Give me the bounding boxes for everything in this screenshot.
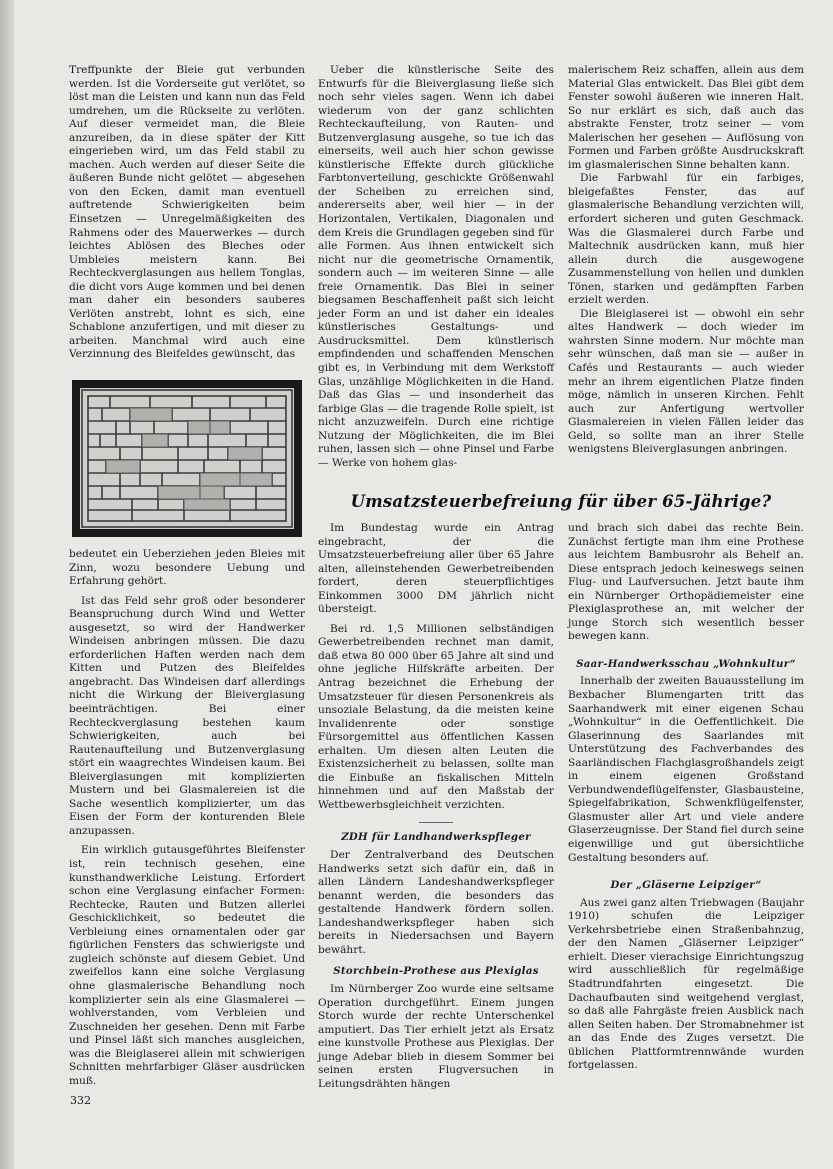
paragraph: malerischem Reiz schaffen, allein aus de… xyxy=(568,64,804,172)
page-binding-edge xyxy=(0,0,14,1169)
paragraph: und brach sich dabei das rechte Bein. Zu… xyxy=(568,522,804,644)
subheading-storch: Storchbein-Prothese aus Plexiglas xyxy=(318,965,554,979)
column-3-bottom: und brach sich dabei das rechte Bein. Zu… xyxy=(568,522,804,1073)
paragraph: Bei rd. 1,5 Millionen selbständigen Gewe… xyxy=(318,623,554,813)
column-1-bottom: bedeutet ein Ueberziehen jeden Bleies mi… xyxy=(69,548,305,1088)
paragraph: Im Nürnberger Zoo wurde eine seltsame Op… xyxy=(318,983,554,1091)
rectangular-lead-pattern-icon xyxy=(80,388,294,529)
page-number: 332 xyxy=(70,1094,91,1107)
column-1-top: Treffpunkte der Bleie gut verbunden werd… xyxy=(69,64,305,362)
paragraph: Die Farbwahl für ein farbiges, bleigefaß… xyxy=(568,172,804,307)
column-3-top: malerischem Reiz schaffen, allein aus de… xyxy=(568,64,804,457)
subheading-zdh: ZDH für Landhandwerkspfleger xyxy=(318,831,554,845)
paragraph: Treffpunkte der Bleie gut verbunden werd… xyxy=(69,64,305,362)
paragraph: Ein wirklich gutausgeführtes Bleifenster… xyxy=(69,844,305,1088)
leaded-glass-window-figure xyxy=(72,380,302,537)
subheading-leipzig: Der „Gläserne Leipziger“ xyxy=(568,879,804,893)
paragraph: Im Bundestag wurde ein Antrag eingebrach… xyxy=(318,522,554,617)
paragraph: Innerhalb der zweiten Bauausstellung im … xyxy=(568,675,804,865)
paragraph: Die Bleiglaserei ist — obwohl ein sehr a… xyxy=(568,308,804,457)
section-divider xyxy=(419,822,453,823)
paragraph: Ueber die künstlerische Seite des Entwur… xyxy=(318,64,554,470)
subheading-saar: Saar-Handwerksschau „Wohnkultur“ xyxy=(568,658,804,672)
paragraph: Aus zwei ganz alten Triebwagen (Baujahr … xyxy=(568,897,804,1073)
column-2-bottom: Im Bundestag wurde ein Antrag eingebrach… xyxy=(318,522,554,1091)
paragraph: Der Zentralverband des Deutschen Handwer… xyxy=(318,849,554,957)
article-headline: Umsatzsteuerbefreiung für über 65-Jährig… xyxy=(318,492,804,511)
paragraph: bedeutet ein Ueberziehen jeden Bleies mi… xyxy=(69,548,305,589)
column-2-top: Ueber die künstlerische Seite des Entwur… xyxy=(318,64,554,470)
paragraph: Ist das Feld sehr groß oder besonderer B… xyxy=(69,595,305,839)
